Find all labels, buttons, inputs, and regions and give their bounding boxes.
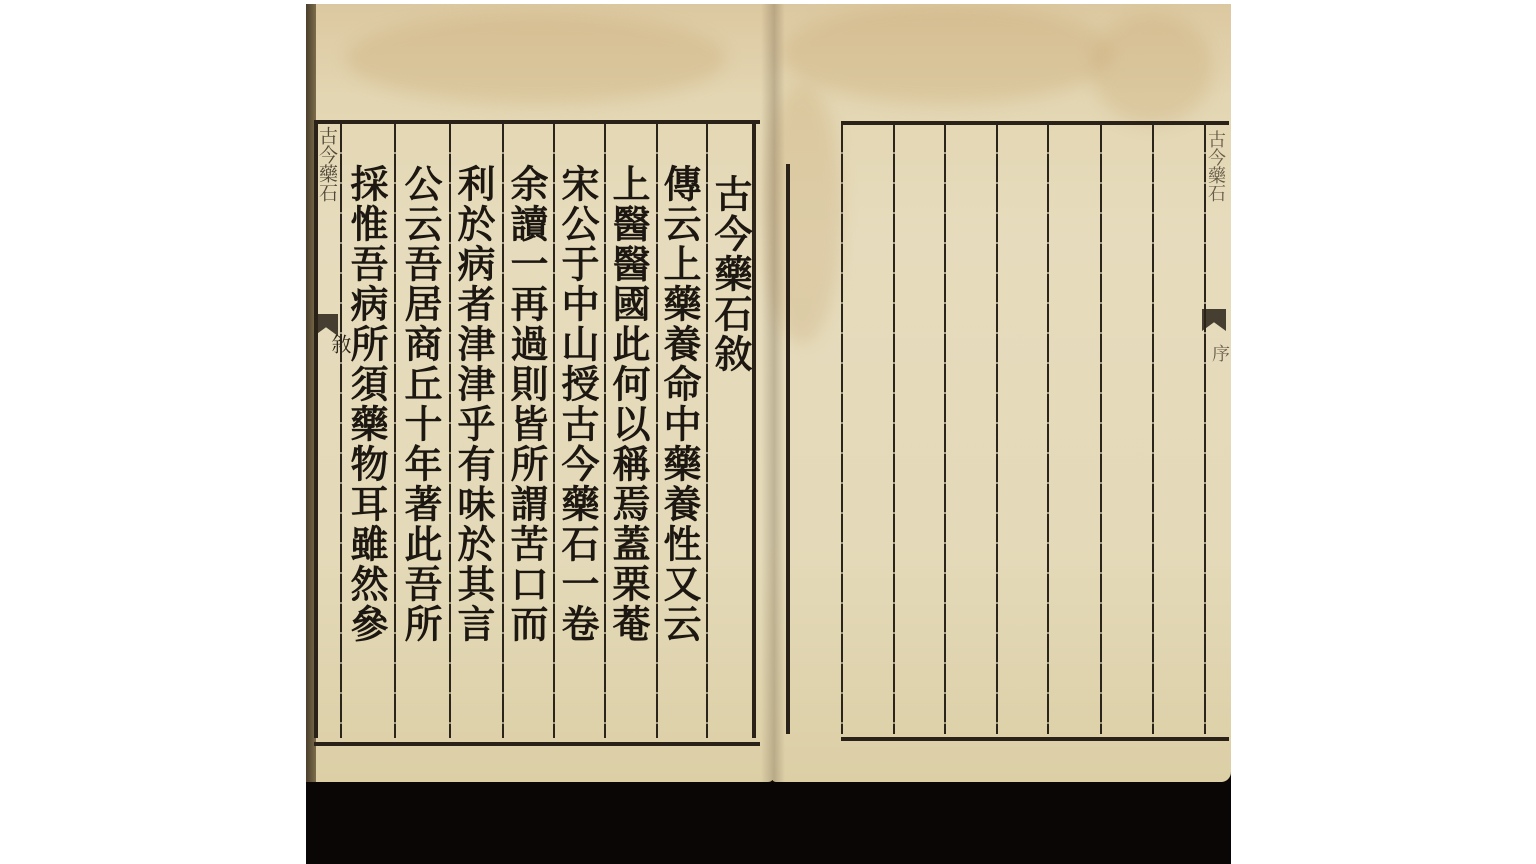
block-heart-subtitle: 序 [1206,344,1231,362]
text-column-heading: 古今藥石敘 [708,174,752,374]
text-column: 公云吾居商丘十年著此吾所 [398,164,442,644]
block-heart-title: 古今藥石 [316,126,338,202]
text-column: 利於病者津津乎有味於其言 [451,164,495,644]
water-stain [782,4,1112,104]
water-stain [346,14,726,104]
text-column: 宋公于中山授古今藥石一卷 [555,164,599,644]
frame-border-left [314,124,318,738]
print-frame [841,121,1229,741]
frame-border-left [786,164,790,734]
text-column: 余讀一再過則皆所謂苦口而 [504,164,548,644]
book-scan: 古今藥石 敘 古今藥石敘 傳云上藥養命中藥養性又云 上醫醫國此何以稱焉蓋栗菴 宋… [306,4,1231,864]
scan-background [306,782,1231,864]
text-column: 採惟吾病所須藥物耳雖然參 [344,164,388,644]
column-rule [1100,124,1102,734]
left-page: 古今藥石 敘 古今藥石敘 傳云上藥養命中藥養性又云 上醫醫國此何以稱焉蓋栗菴 宋… [306,4,774,782]
column-rule [944,124,946,734]
column-rule [841,124,843,734]
column-rule [340,124,342,738]
text-column: 上醫醫國此何以稱焉蓋栗菴 [606,164,650,644]
column-rule [1152,124,1154,734]
column-rule [394,124,396,738]
column-rule [1204,124,1206,734]
water-stain [1092,14,1212,124]
block-heart-title: 古今藥石 [1204,130,1226,202]
column-rule [893,124,895,734]
column-rule [1047,124,1049,734]
text-column: 傳云上藥養命中藥養性又云 [657,164,701,644]
column-rule [996,124,998,734]
book-spine [761,4,785,784]
